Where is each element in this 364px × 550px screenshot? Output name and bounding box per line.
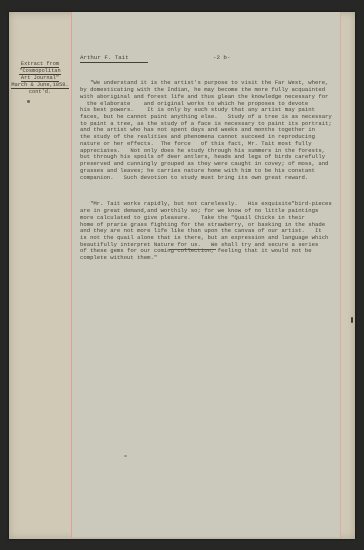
closing-divider (169, 249, 216, 250)
paper-speck (27, 100, 30, 103)
left-margin-rule (71, 12, 72, 539)
margin-note-line: cont'd. (29, 89, 51, 95)
paper-speck (124, 455, 127, 457)
body-paragraph-1: "We understand it is the artist's purpos… (80, 80, 356, 181)
margin-note-line: March & June,1858. (11, 82, 68, 89)
margin-note-line: Art Journal" (21, 75, 59, 82)
document-page: Extract from "Cosmopolitan Art Journal" … (9, 12, 355, 539)
margin-note-line: "Cosmopolitan (19, 68, 60, 75)
paper-speck (351, 317, 353, 323)
margin-note-line: Extract from (21, 61, 59, 68)
body-paragraph-2: "Mr. Tait works rapidly, but not careles… (80, 201, 356, 261)
document-body: "We understand it is the artist's purpos… (80, 67, 356, 275)
margin-note: Extract from "Cosmopolitan Art Journal" … (9, 61, 71, 96)
page-title: Arthur F. Tait (80, 54, 148, 63)
page-number: -2 b- (213, 54, 230, 61)
